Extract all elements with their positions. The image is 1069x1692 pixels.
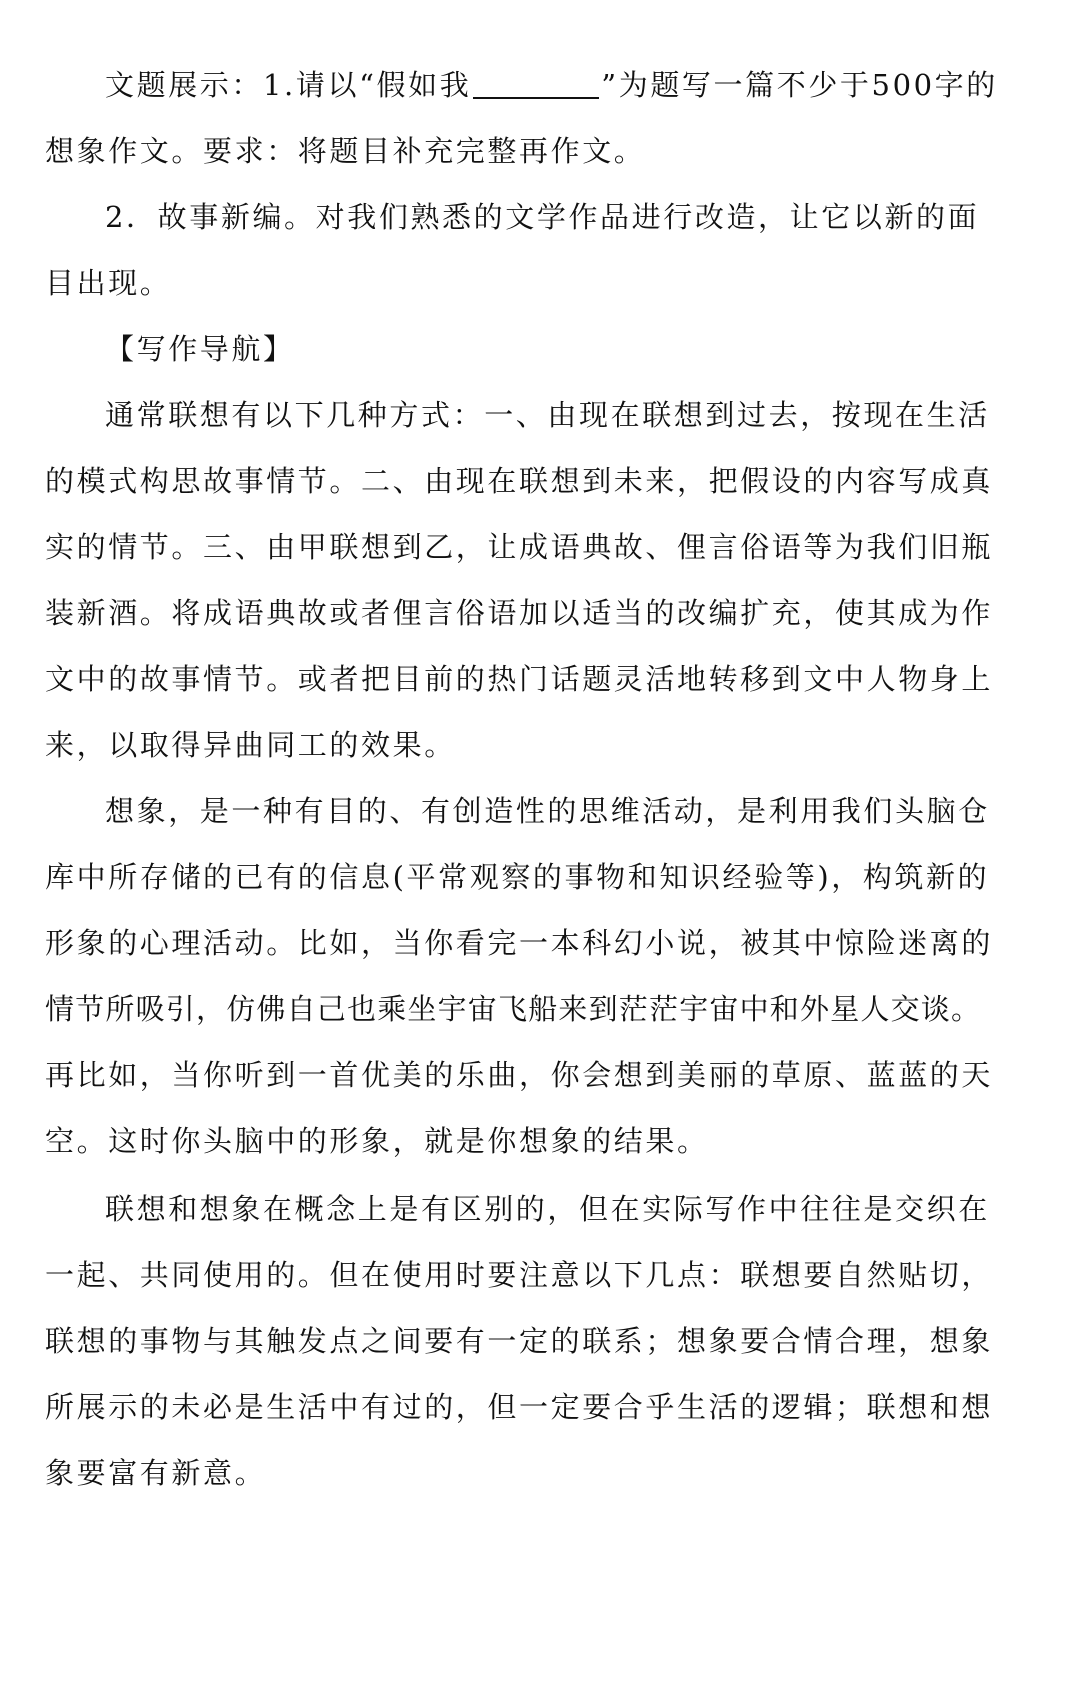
- imagination-line-1: 想象，是一种有目的、有创造性的思维活动，是利用我们头脑仓: [105, 791, 1065, 831]
- prompt-1-text-after-blank: ”为题写一篇不少于500字的: [601, 68, 998, 102]
- document-page: 文题展示：1.请以“假如我”为题写一篇不少于500字的 想象作文。要求：将题目补…: [0, 0, 1069, 1692]
- prompt-2-line-1: 2．故事新编。对我们熟悉的文学作品进行改造，让它以新的面: [105, 197, 1065, 237]
- association-methods-line-6: 来，以取得异曲同工的效果。: [45, 725, 1005, 765]
- association-methods-line-4: 装新酒。将成语典故或者俚言俗语加以适当的改编扩充，使其成为作: [45, 593, 1005, 633]
- usage-notes-line-2: 一起、共同使用的。但在使用时要注意以下几点：联想要自然贴切，: [45, 1255, 1005, 1295]
- usage-notes-line-3: 联想的事物与其触发点之间要有一定的联系；想象要合情合理，想象: [45, 1321, 1005, 1361]
- association-methods-line-1: 通常联想有以下几种方式：一、由现在联想到过去，按现在生活: [105, 395, 1065, 435]
- usage-notes-line-4: 所展示的未必是生活中有过的，但一定要合乎生活的逻辑；联想和想: [45, 1387, 1005, 1427]
- association-methods-line-3: 实的情节。三、由甲联想到乙，让成语典故、俚言俗语等为我们旧瓶: [45, 527, 1005, 567]
- imagination-line-5: 再比如，当你听到一首优美的乐曲，你会想到美丽的草原、蓝蓝的天: [45, 1055, 1005, 1095]
- imagination-line-4: 情节所吸引，仿佛自己也乘坐宇宙飞船来到茫茫宇宙中和外星人交谈。: [45, 989, 1005, 1029]
- imagination-line-3: 形象的心理活动。比如，当你看完一本科幻小说，被其中惊险迷离的: [45, 923, 1005, 963]
- prompt-1-line-2: 想象作文。要求：将题目补充完整再作文。: [45, 131, 1005, 171]
- section-heading: 【写作导航】: [105, 329, 1065, 369]
- fill-in-blank-underline: [473, 67, 599, 99]
- association-methods-line-5: 文中的故事情节。或者把目前的热门话题灵活地转移到文中人物身上: [45, 659, 1005, 699]
- usage-notes-line-1: 联想和想象在概念上是有区别的，但在实际写作中往往是交织在: [105, 1189, 1065, 1229]
- prompt-1-text-before-blank: 文题展示：1.请以“假如我: [105, 68, 471, 102]
- prompt-2-line-2: 目出现。: [45, 263, 1005, 303]
- imagination-line-2: 库中所存储的已有的信息(平常观察的事物和知识经验等)，构筑新的: [45, 857, 1005, 897]
- prompt-1-line-1: 文题展示：1.请以“假如我”为题写一篇不少于500字的: [105, 65, 1065, 105]
- association-methods-line-2: 的模式构思故事情节。二、由现在联想到未来，把假设的内容写成真: [45, 461, 1005, 501]
- usage-notes-line-5: 象要富有新意。: [45, 1453, 1005, 1493]
- imagination-line-6: 空。这时你头脑中的形象，就是你想象的结果。: [45, 1121, 1005, 1161]
